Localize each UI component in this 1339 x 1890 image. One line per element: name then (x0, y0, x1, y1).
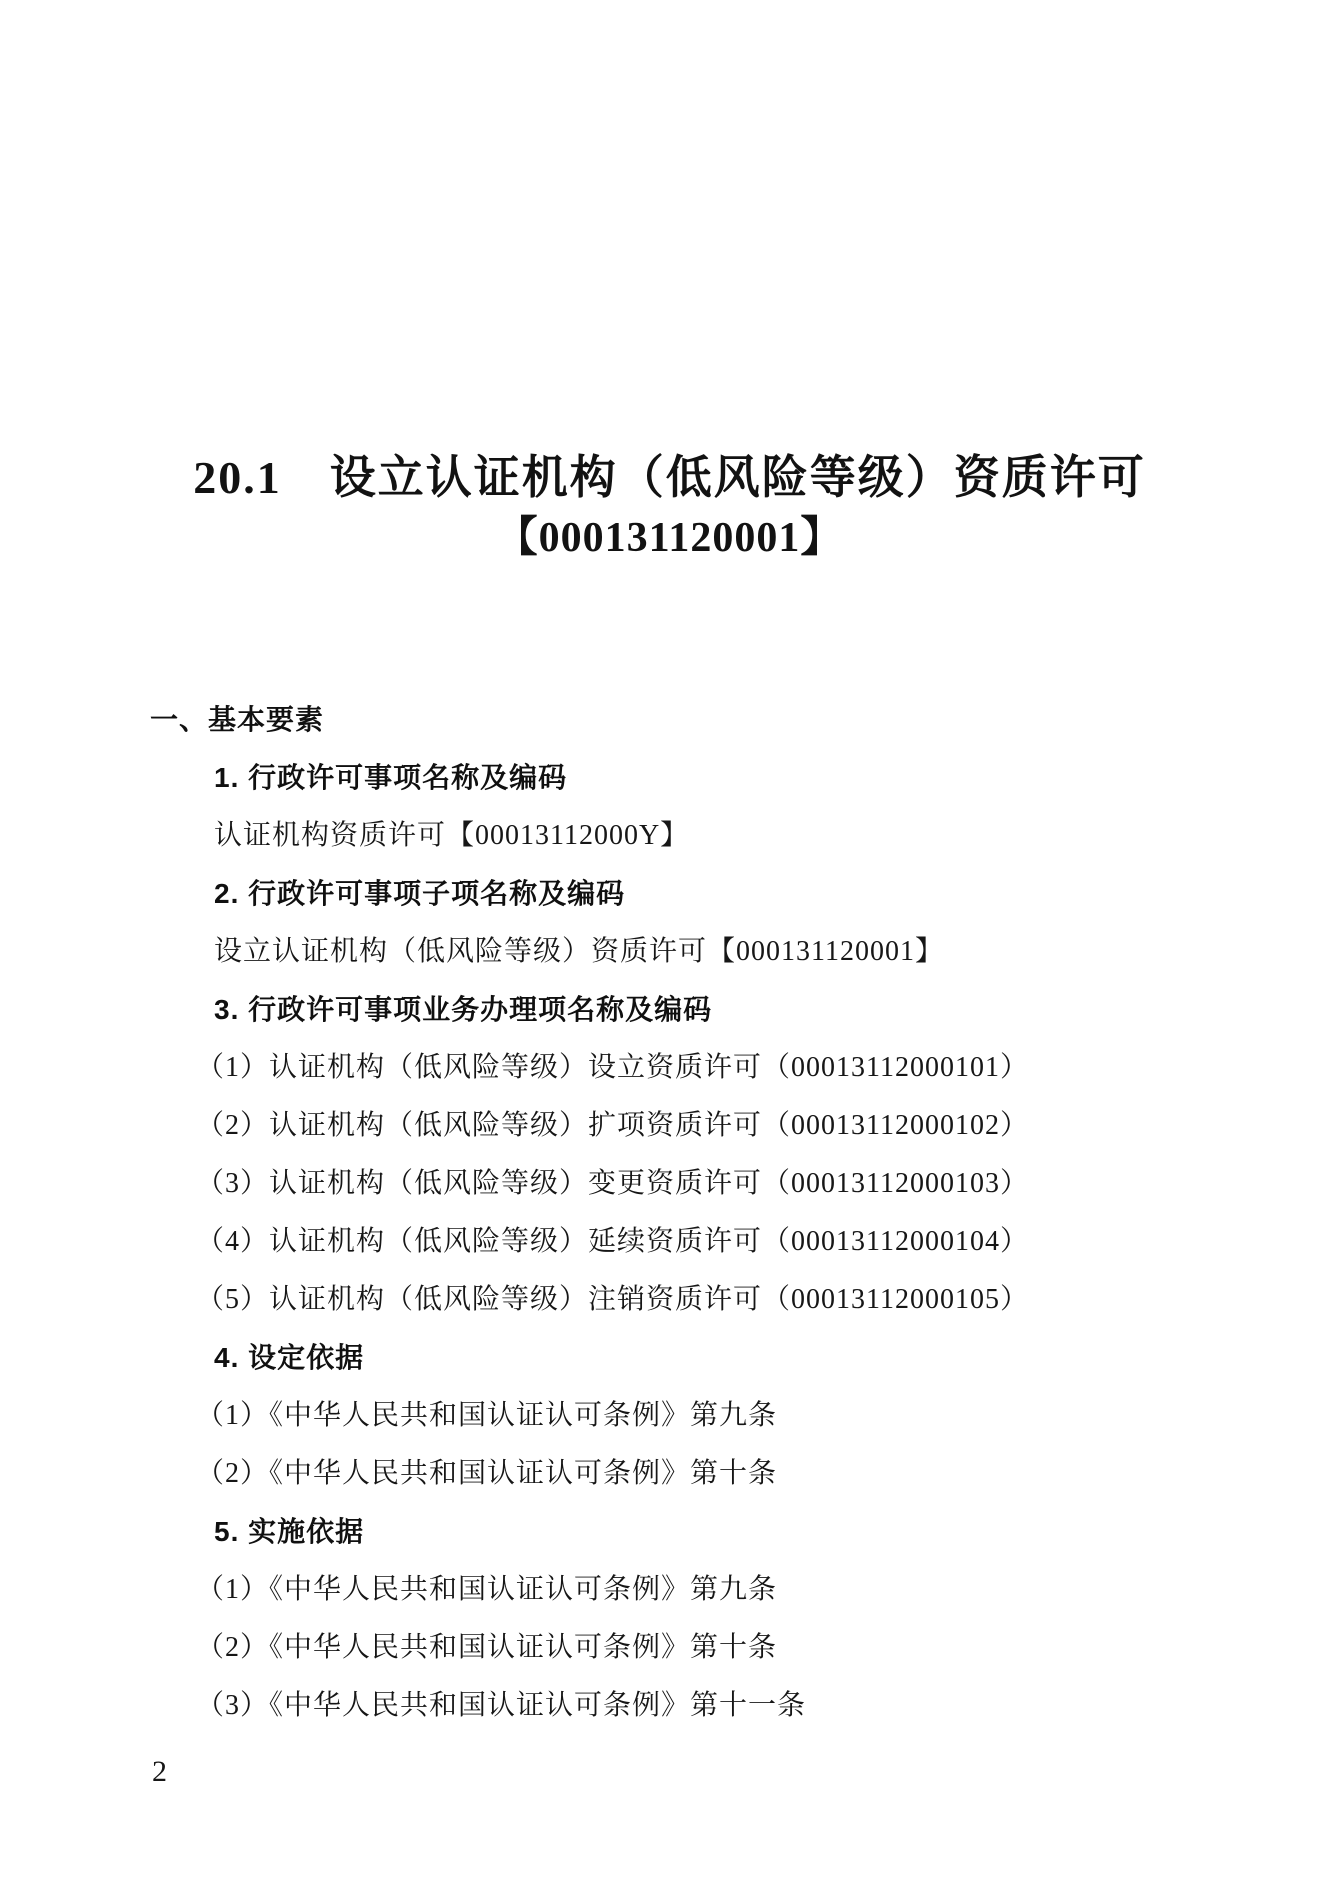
section-heading-basic-elements: 一、基本要素 (0, 691, 1339, 749)
document-title: 20.1 设立认证机构（低风险等级）资质许可 【000131120001】 (0, 448, 1339, 568)
list-item-business-2: （2）认证机构（低风险等级）扩项资质许可（00013112000102） (0, 1097, 1339, 1155)
document-title-code: 【000131120001】 (0, 508, 1339, 568)
paragraph-subitem-name-code: 设立认证机构（低风险等级）资质许可【000131120001】 (0, 923, 1339, 981)
heading-setting-basis: 4. 设定依据 (0, 1329, 1339, 1387)
list-item-business-4: （4）认证机构（低风险等级）延续资质许可（00013112000104） (0, 1213, 1339, 1271)
document-body: 一、基本要素 1. 行政许可事项名称及编码 认证机构资质许可【000131120… (0, 691, 1339, 1735)
heading-item-name-and-code: 1. 行政许可事项名称及编码 (0, 749, 1339, 807)
list-item-setting-basis-1: （1）《中华人民共和国认证认可条例》第九条 (0, 1387, 1339, 1445)
heading-business-items: 3. 行政许可事项业务办理项名称及编码 (0, 981, 1339, 1039)
list-item-impl-basis-1: （1）《中华人民共和国认证认可条例》第九条 (0, 1561, 1339, 1619)
list-item-business-1: （1）认证机构（低风险等级）设立资质许可（00013112000101） (0, 1039, 1339, 1097)
list-item-business-3: （3）认证机构（低风险等级）变更资质许可（00013112000103） (0, 1155, 1339, 1213)
list-item-impl-basis-2: （2）《中华人民共和国认证认可条例》第十条 (0, 1619, 1339, 1677)
heading-implementation-basis: 5. 实施依据 (0, 1503, 1339, 1561)
page-number: 2 (152, 1752, 167, 1792)
list-item-setting-basis-2: （2）《中华人民共和国认证认可条例》第十条 (0, 1445, 1339, 1503)
list-item-impl-basis-3: （3）《中华人民共和国认证认可条例》第十一条 (0, 1677, 1339, 1735)
heading-subitem-name-and-code: 2. 行政许可事项子项名称及编码 (0, 865, 1339, 923)
document-page: 20.1 设立认证机构（低风险等级）资质许可 【000131120001】 一、… (0, 0, 1339, 1890)
list-item-business-5: （5）认证机构（低风险等级）注销资质许可（00013112000105） (0, 1271, 1339, 1329)
document-title-line1: 20.1 设立认证机构（低风险等级）资质许可 (0, 448, 1339, 508)
paragraph-license-name-code: 认证机构资质许可【00013112000Y】 (0, 807, 1339, 865)
